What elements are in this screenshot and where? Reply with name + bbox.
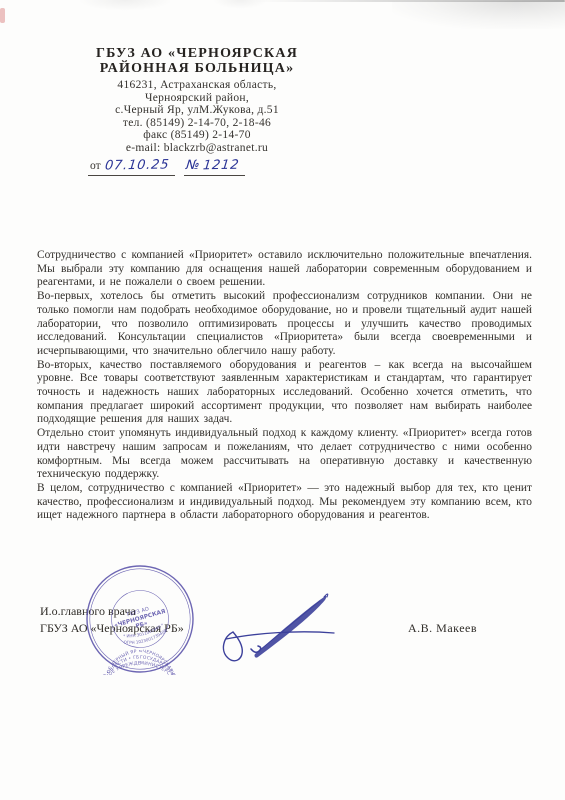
scan-artifact-top-line xyxy=(255,0,565,2)
paragraph-conclusion: В целом, сотрудничество с компанией «При… xyxy=(37,482,532,523)
org-name-line2: РАЙОННАЯ БОЛЬНИЦА» xyxy=(57,61,337,76)
from-label: от xyxy=(90,160,101,172)
address-line: Черноярский район, xyxy=(57,92,337,105)
signer-name: А.В. Макеев xyxy=(408,621,477,636)
letter-body: Сотрудничество с компанией «Приоритет» о… xyxy=(37,249,532,523)
number-segment: № 1212 xyxy=(184,158,246,176)
scan-artifact-smudge xyxy=(213,0,268,9)
email-line: e-mail: blackzrb@astranet.ru xyxy=(57,142,337,155)
handwritten-number: 1212 xyxy=(202,158,240,174)
date-segment: от07.10.25 xyxy=(88,158,175,176)
scan-artifact-smudge xyxy=(78,0,173,11)
address-line: с.Черный Яр, улМ.Жукова, д.51 xyxy=(57,104,337,117)
paragraph-second: Во-вторых, качество поставляемого оборуд… xyxy=(37,359,532,428)
scan-artifact-corner-shadow xyxy=(392,1,565,29)
handwritten-signature xyxy=(220,588,340,676)
scanned-letter-page: ГБУЗ АО «ЧЕРНОЯРСКАЯ РАЙОННАЯ БОЛЬНИЦА» … xyxy=(0,0,565,800)
phone-line: тел. (85149) 2-14-70, 2-18-46 xyxy=(57,117,337,130)
paragraph-intro: Сотрудничество с компанией «Приоритет» о… xyxy=(37,249,532,290)
letterhead: ГБУЗ АО «ЧЕРНОЯРСКАЯ РАЙОННАЯ БОЛЬНИЦА» … xyxy=(57,46,337,155)
paragraph-individual-approach: Отдельно стоит упомянуть индивидуальный … xyxy=(37,427,532,482)
official-round-stamp: МИНИСТЕРСТВО ЗДРАВООХРАНЕНИЯ АСТРАХАНСКО… xyxy=(84,563,196,675)
address-line: 416231, Астраханская область, xyxy=(57,79,337,92)
paragraph-first: Во-первых, хотелось бы отметить высокий … xyxy=(37,290,532,359)
fax-line: факс (85149) 2-14-70 xyxy=(57,129,337,142)
reference-line: от07.10.25№ 1212 xyxy=(88,158,245,176)
org-name-line1: ГБУЗ АО «ЧЕРНОЯРСКАЯ xyxy=(57,46,337,61)
scan-artifact-pink-mark xyxy=(0,8,5,23)
handwritten-number-label: № xyxy=(185,158,201,173)
handwritten-date: 07.10.25 xyxy=(104,157,170,173)
